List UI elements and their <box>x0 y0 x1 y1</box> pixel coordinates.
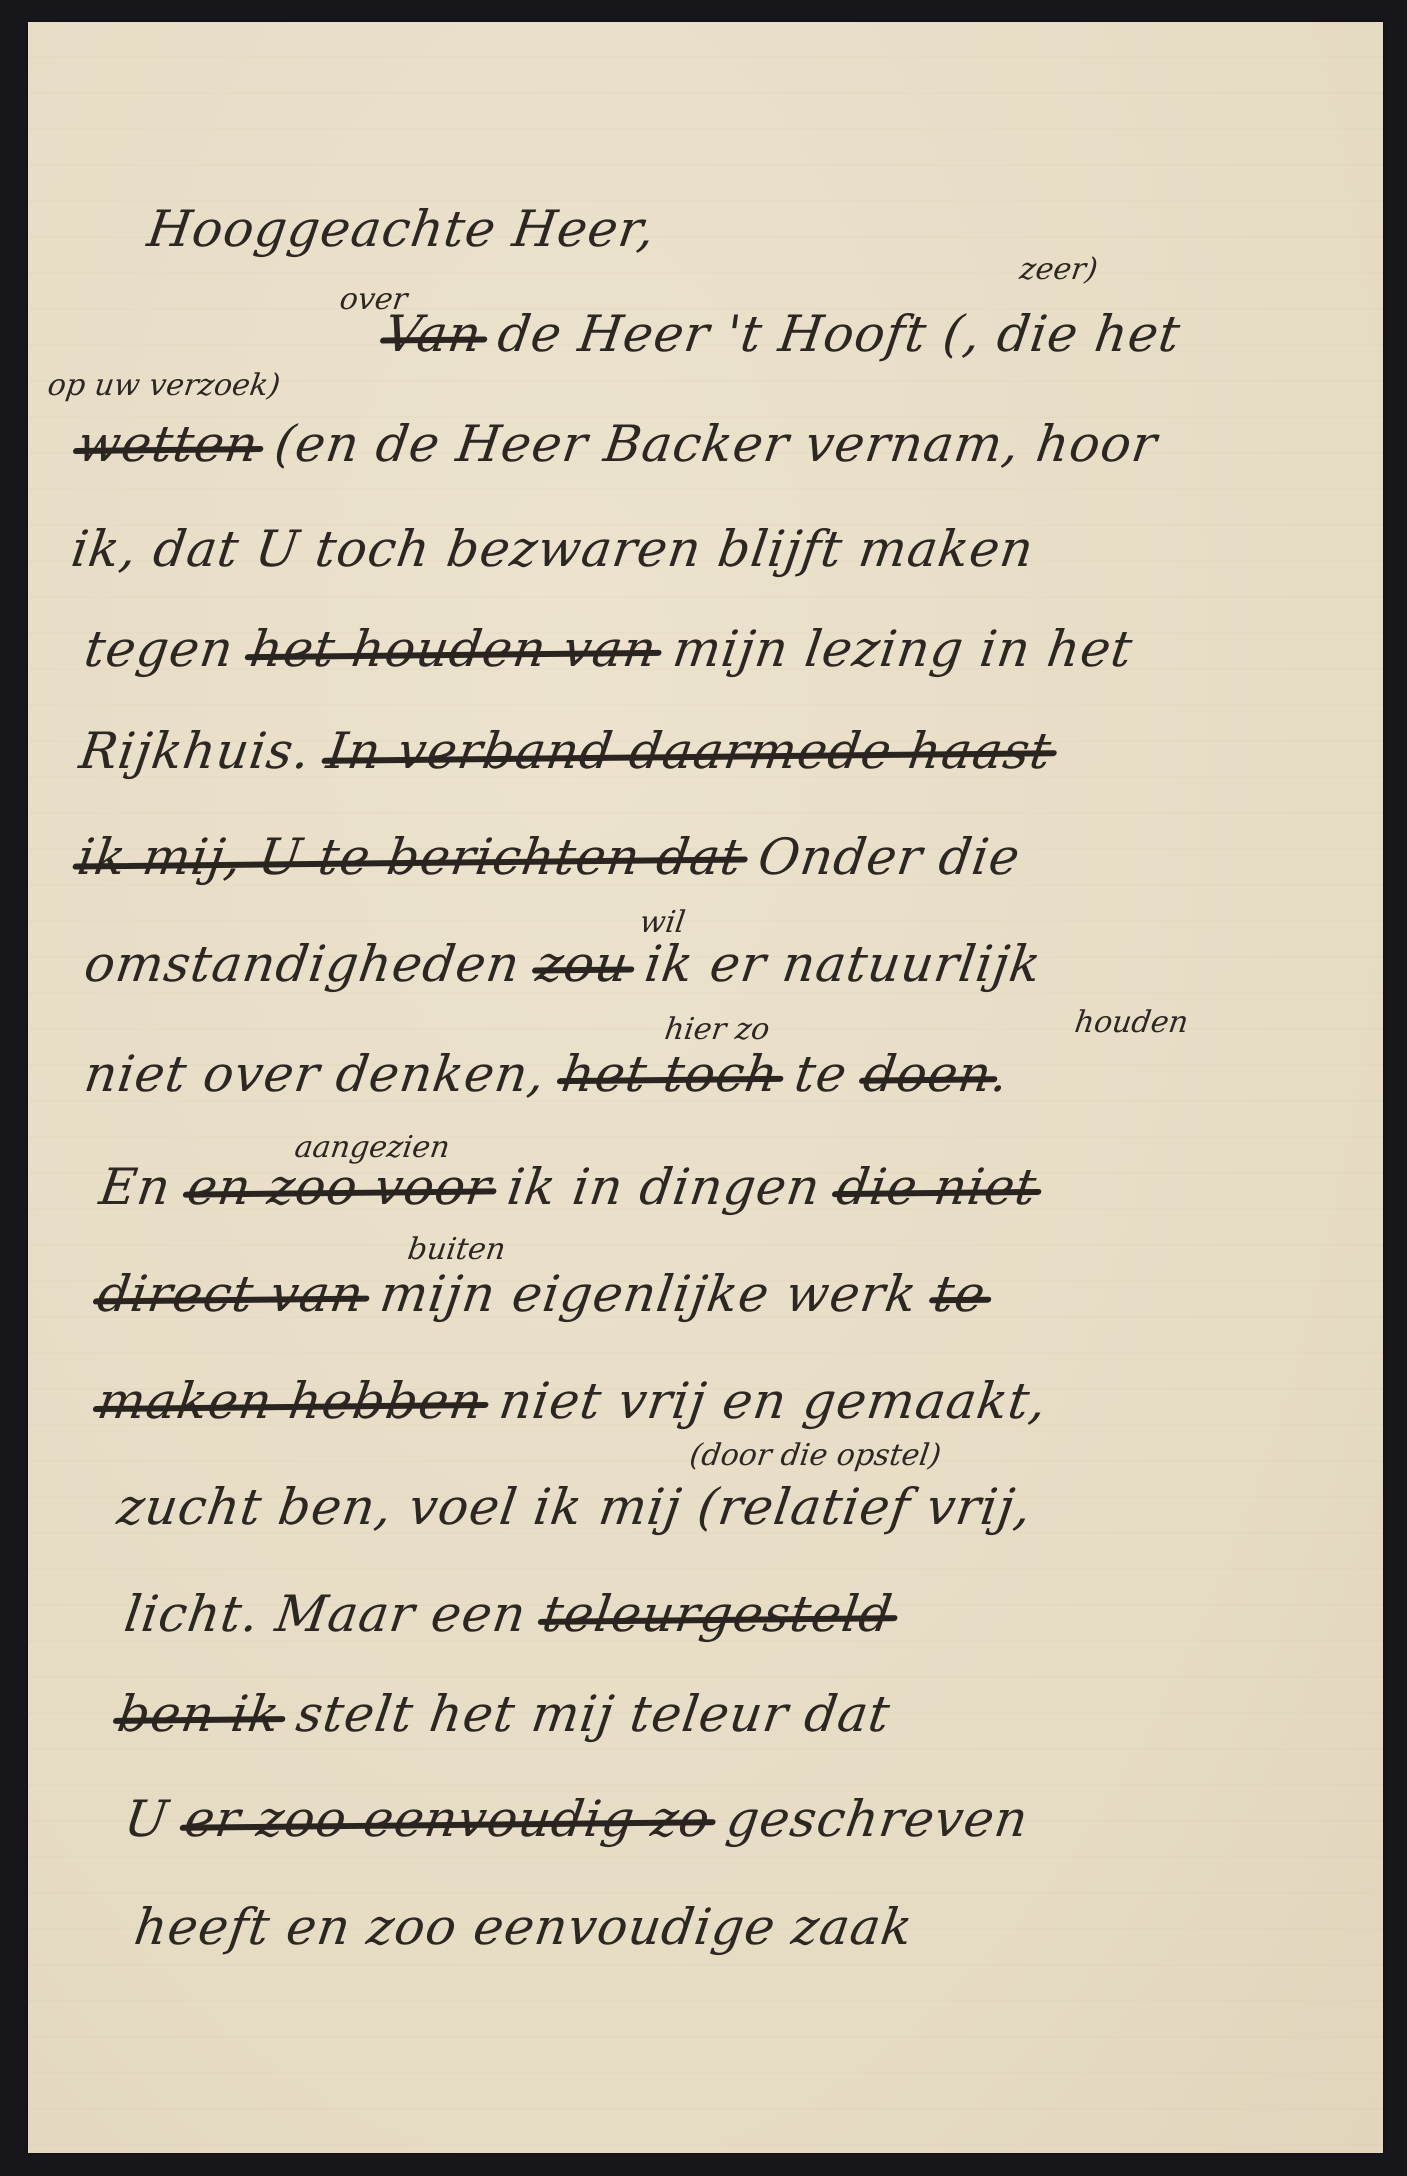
insertion-door-die-opstel: (door die opstel) <box>688 1438 944 1473</box>
struck-text: te <box>930 1265 990 1323</box>
insertion-buiten: buiten <box>406 1232 508 1267</box>
salutation: Hooggeachte Heer, <box>144 200 659 258</box>
struck-text: teleurgesteld <box>539 1585 896 1643</box>
letter-line-6: ik mij, U te berichten dat Onder die <box>74 828 1024 886</box>
struck-text: en zoo voor <box>184 1158 496 1216</box>
struck-text: doen <box>860 1045 996 1103</box>
letter-line-5: Rijkhuis. In verband daarmede haast <box>76 722 1056 780</box>
letter-line-11: maken hebben niet vrij en gemaakt, <box>94 1372 1051 1430</box>
struck-text: die niet <box>833 1158 1041 1216</box>
letter-line-2: wetten (en de Heer Backer vernam, hoor <box>74 415 1161 473</box>
struck-text: er zoo eenvoudig zo <box>181 1790 714 1848</box>
struck-text: In verband daarmede haast <box>323 722 1055 780</box>
letter-line-15: U er zoo eenvoudig zo geschreven <box>121 1790 1032 1848</box>
letter-line-4: tegen het houden van mijn lezing in het <box>81 620 1137 678</box>
struck-text: zou <box>533 935 633 993</box>
struck-text: maken hebben <box>94 1372 487 1430</box>
insertion-hier-zo: hier zo <box>663 1012 772 1047</box>
struck-text: ik mij, U te berichten dat <box>74 828 746 886</box>
insertion-op-uw-verzoek: op uw verzoek) <box>46 368 283 403</box>
letter-line-7: omstandigheden zou ik er natuurlijk <box>81 935 1045 993</box>
letter-line-13: licht. Maar een teleurgesteld <box>121 1585 896 1643</box>
struck-text: ben ik <box>114 1685 284 1743</box>
insertion-houden: houden <box>1073 1005 1191 1040</box>
struck-text: direct van <box>94 1265 368 1323</box>
insertion-zeer: zeer) <box>1018 252 1100 287</box>
letter-line-12: zucht ben, voel ik mij (relatief vrij, <box>114 1478 1036 1536</box>
letter-line-14: ben ik stelt het mij teleur dat <box>114 1685 894 1743</box>
letter-line-8: niet over denken, het toch te doen. <box>81 1045 1013 1103</box>
struck-text: het houden van <box>246 620 660 678</box>
letter-line-16: heeft en zoo eenvoudige zaak <box>131 1898 917 1956</box>
struck-text: wetten <box>74 415 263 473</box>
letter-line-10: direct van mijn eigenlijke werk te <box>94 1265 990 1323</box>
letter-line-9: En en zoo voor ik in dingen die niet <box>96 1158 1041 1216</box>
struck-text: Van <box>381 305 486 363</box>
letter-line-1: Van de Heer 't Hooft (, die het <box>381 305 1184 363</box>
letter-line-3: ik, dat U toch bezwaren blijft maken <box>68 520 1038 578</box>
struck-text: het toch <box>558 1045 782 1103</box>
